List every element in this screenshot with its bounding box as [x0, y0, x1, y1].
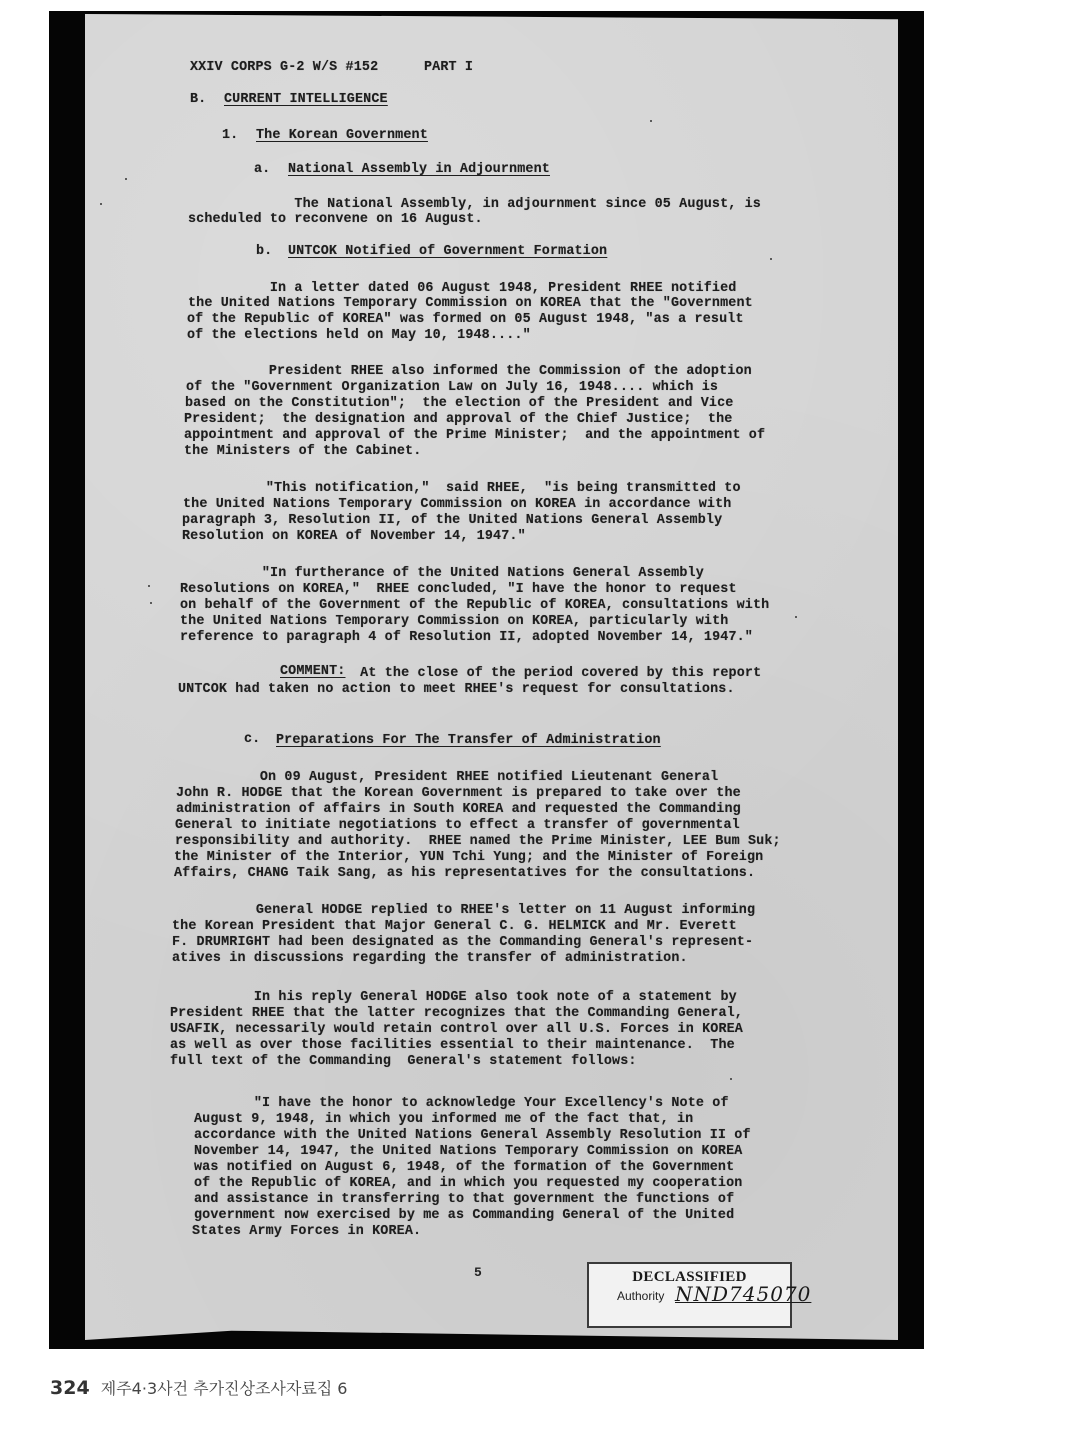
section-title: CURRENT INTELLIGENCE [224, 92, 388, 107]
scan-speck [795, 616, 797, 618]
paragraph-line: In his reply General HODGE also took not… [172, 990, 737, 1005]
quote-line: November 14, 1947, the United Nations Te… [194, 1144, 742, 1159]
paragraph-line: the United Nations Temporary Commission … [180, 614, 728, 629]
item-a-letter: a. [254, 162, 270, 177]
scan-speck [650, 120, 652, 122]
item-b-title: UNTCOK Notified of Government Formation [288, 244, 607, 259]
paragraph-line: as well as over those facilities essenti… [170, 1038, 735, 1053]
document-page-number: 5 [474, 1265, 482, 1280]
subsection-number: 1. [222, 128, 238, 143]
quote-line: government now exercised by me as Comman… [194, 1208, 734, 1223]
paragraph-line: of the "Government Organization Law on J… [186, 380, 718, 395]
book-page-number: 324 [50, 1377, 90, 1399]
paragraph-line: John R. HODGE that the Korean Government… [176, 786, 741, 801]
quote-line: "I have the honor to acknowledge Your Ex… [172, 1096, 729, 1111]
paragraph-line: the United Nations Temporary Commission … [183, 497, 731, 512]
document-header-part: PART I [424, 60, 473, 75]
paragraph-line: the Korean President that Major General … [172, 919, 737, 934]
quote-line: States Army Forces in KOREA. [192, 1224, 421, 1239]
item-c-title: Preparations For The Transfer of Adminis… [276, 733, 661, 748]
comment-label: COMMENT: [280, 664, 346, 679]
paragraph-line: of the Republic of KOREA" was formed on … [187, 312, 744, 327]
paragraph-line: atives in discussions regarding the tran… [172, 951, 688, 966]
paragraph-line: the Minister of the Interior, YUN Tchi Y… [174, 850, 763, 865]
scan-speck [730, 1078, 732, 1080]
paragraph-line: President; the designation and approval … [184, 412, 732, 427]
comment-line: UNTCOK had taken no action to meet RHEE'… [178, 682, 735, 697]
item-b-letter: b. [256, 244, 272, 259]
paragraph-line: President RHEE that the latter recognize… [170, 1006, 743, 1021]
document-header-ref: XXIV CORPS G-2 W/S #152 [190, 60, 378, 75]
scan-speck [150, 602, 152, 604]
book-title: 제주4·3사건 추가진상조사자료집 6 [101, 1379, 348, 1398]
paragraph-line: "This notification," said RHEE, "is bein… [184, 481, 741, 496]
quote-line: August 9, 1948, in which you informed me… [194, 1112, 693, 1127]
paragraph-line: Resolutions on KOREA," RHEE concluded, "… [180, 582, 737, 597]
paragraph-line: appointment and approval of the Prime Mi… [184, 428, 765, 443]
quote-line: accordance with the United Nations Gener… [194, 1128, 751, 1143]
paragraph-line: based on the Constitution"; the election… [185, 396, 733, 411]
paragraph-line: the Ministers of the Cabinet. [184, 444, 421, 459]
declassified-stamp: DECLASSIFIED Authority NND745070 [587, 1262, 792, 1328]
scan-speck [100, 203, 102, 205]
paragraph-line: responsibility and authority. RHEE named… [175, 834, 781, 849]
item-a-line: The National Assembly, in adjournment si… [188, 197, 761, 212]
paragraph-line: USAFIK, necessarily would retain control… [170, 1022, 743, 1037]
quote-line: was notified on August 6, 1948, of the f… [194, 1160, 734, 1175]
stamp-authority-value: NND745070 [675, 1282, 811, 1306]
paragraph-line: President RHEE also informed the Commiss… [187, 364, 752, 379]
scan-speck [148, 585, 150, 587]
paragraph-line: "In furtherance of the United Nations Ge… [180, 566, 704, 581]
comment-line: At the close of the period covered by th… [352, 666, 761, 681]
subsection-title: The Korean Government [256, 128, 428, 143]
item-c-letter: c. [244, 732, 260, 747]
paragraph-line: General to initiate negotiations to effe… [175, 818, 740, 833]
stamp-authority-label: Authority [617, 1289, 664, 1303]
scan-speck [125, 178, 127, 180]
quote-line: of the Republic of KOREA, and in which y… [194, 1176, 742, 1191]
section-letter: B. [190, 92, 206, 107]
paragraph-line: In a letter dated 06 August 1948, Presid… [188, 281, 736, 296]
book-footer: 324 제주4·3사건 추가진상조사자료집 6 [50, 1376, 348, 1399]
paragraph-line: full text of the Commanding General's st… [170, 1054, 637, 1069]
paragraph-line: reference to paragraph 4 of Resolution I… [180, 630, 753, 645]
scan-speck [770, 258, 772, 260]
paragraph-line: On 09 August, President RHEE notified Li… [178, 770, 718, 785]
paragraph-line: on behalf of the Government of the Repub… [180, 598, 769, 613]
paragraph-line: paragraph 3, Resolution II, of the Unite… [182, 513, 722, 528]
paragraph-line: Affairs, CHANG Taik Sang, as his represe… [174, 866, 755, 881]
paragraph-line: the United Nations Temporary Commission … [188, 296, 753, 311]
paragraph-line: General HODGE replied to RHEE's letter o… [174, 903, 755, 918]
item-a-title: National Assembly in Adjournment [288, 162, 550, 177]
item-a-line: scheduled to reconvene on 16 August. [188, 212, 483, 227]
paragraph-line: administration of affairs in South KOREA… [176, 802, 741, 817]
paragraph-line: Resolution on KOREA of November 14, 1947… [182, 529, 526, 544]
paragraph-line: of the elections held on May 10, 1948...… [187, 328, 531, 343]
paragraph-line: F. DRUMRIGHT had been designated as the … [172, 935, 753, 950]
quote-line: and assistance in transferring to that g… [194, 1192, 734, 1207]
